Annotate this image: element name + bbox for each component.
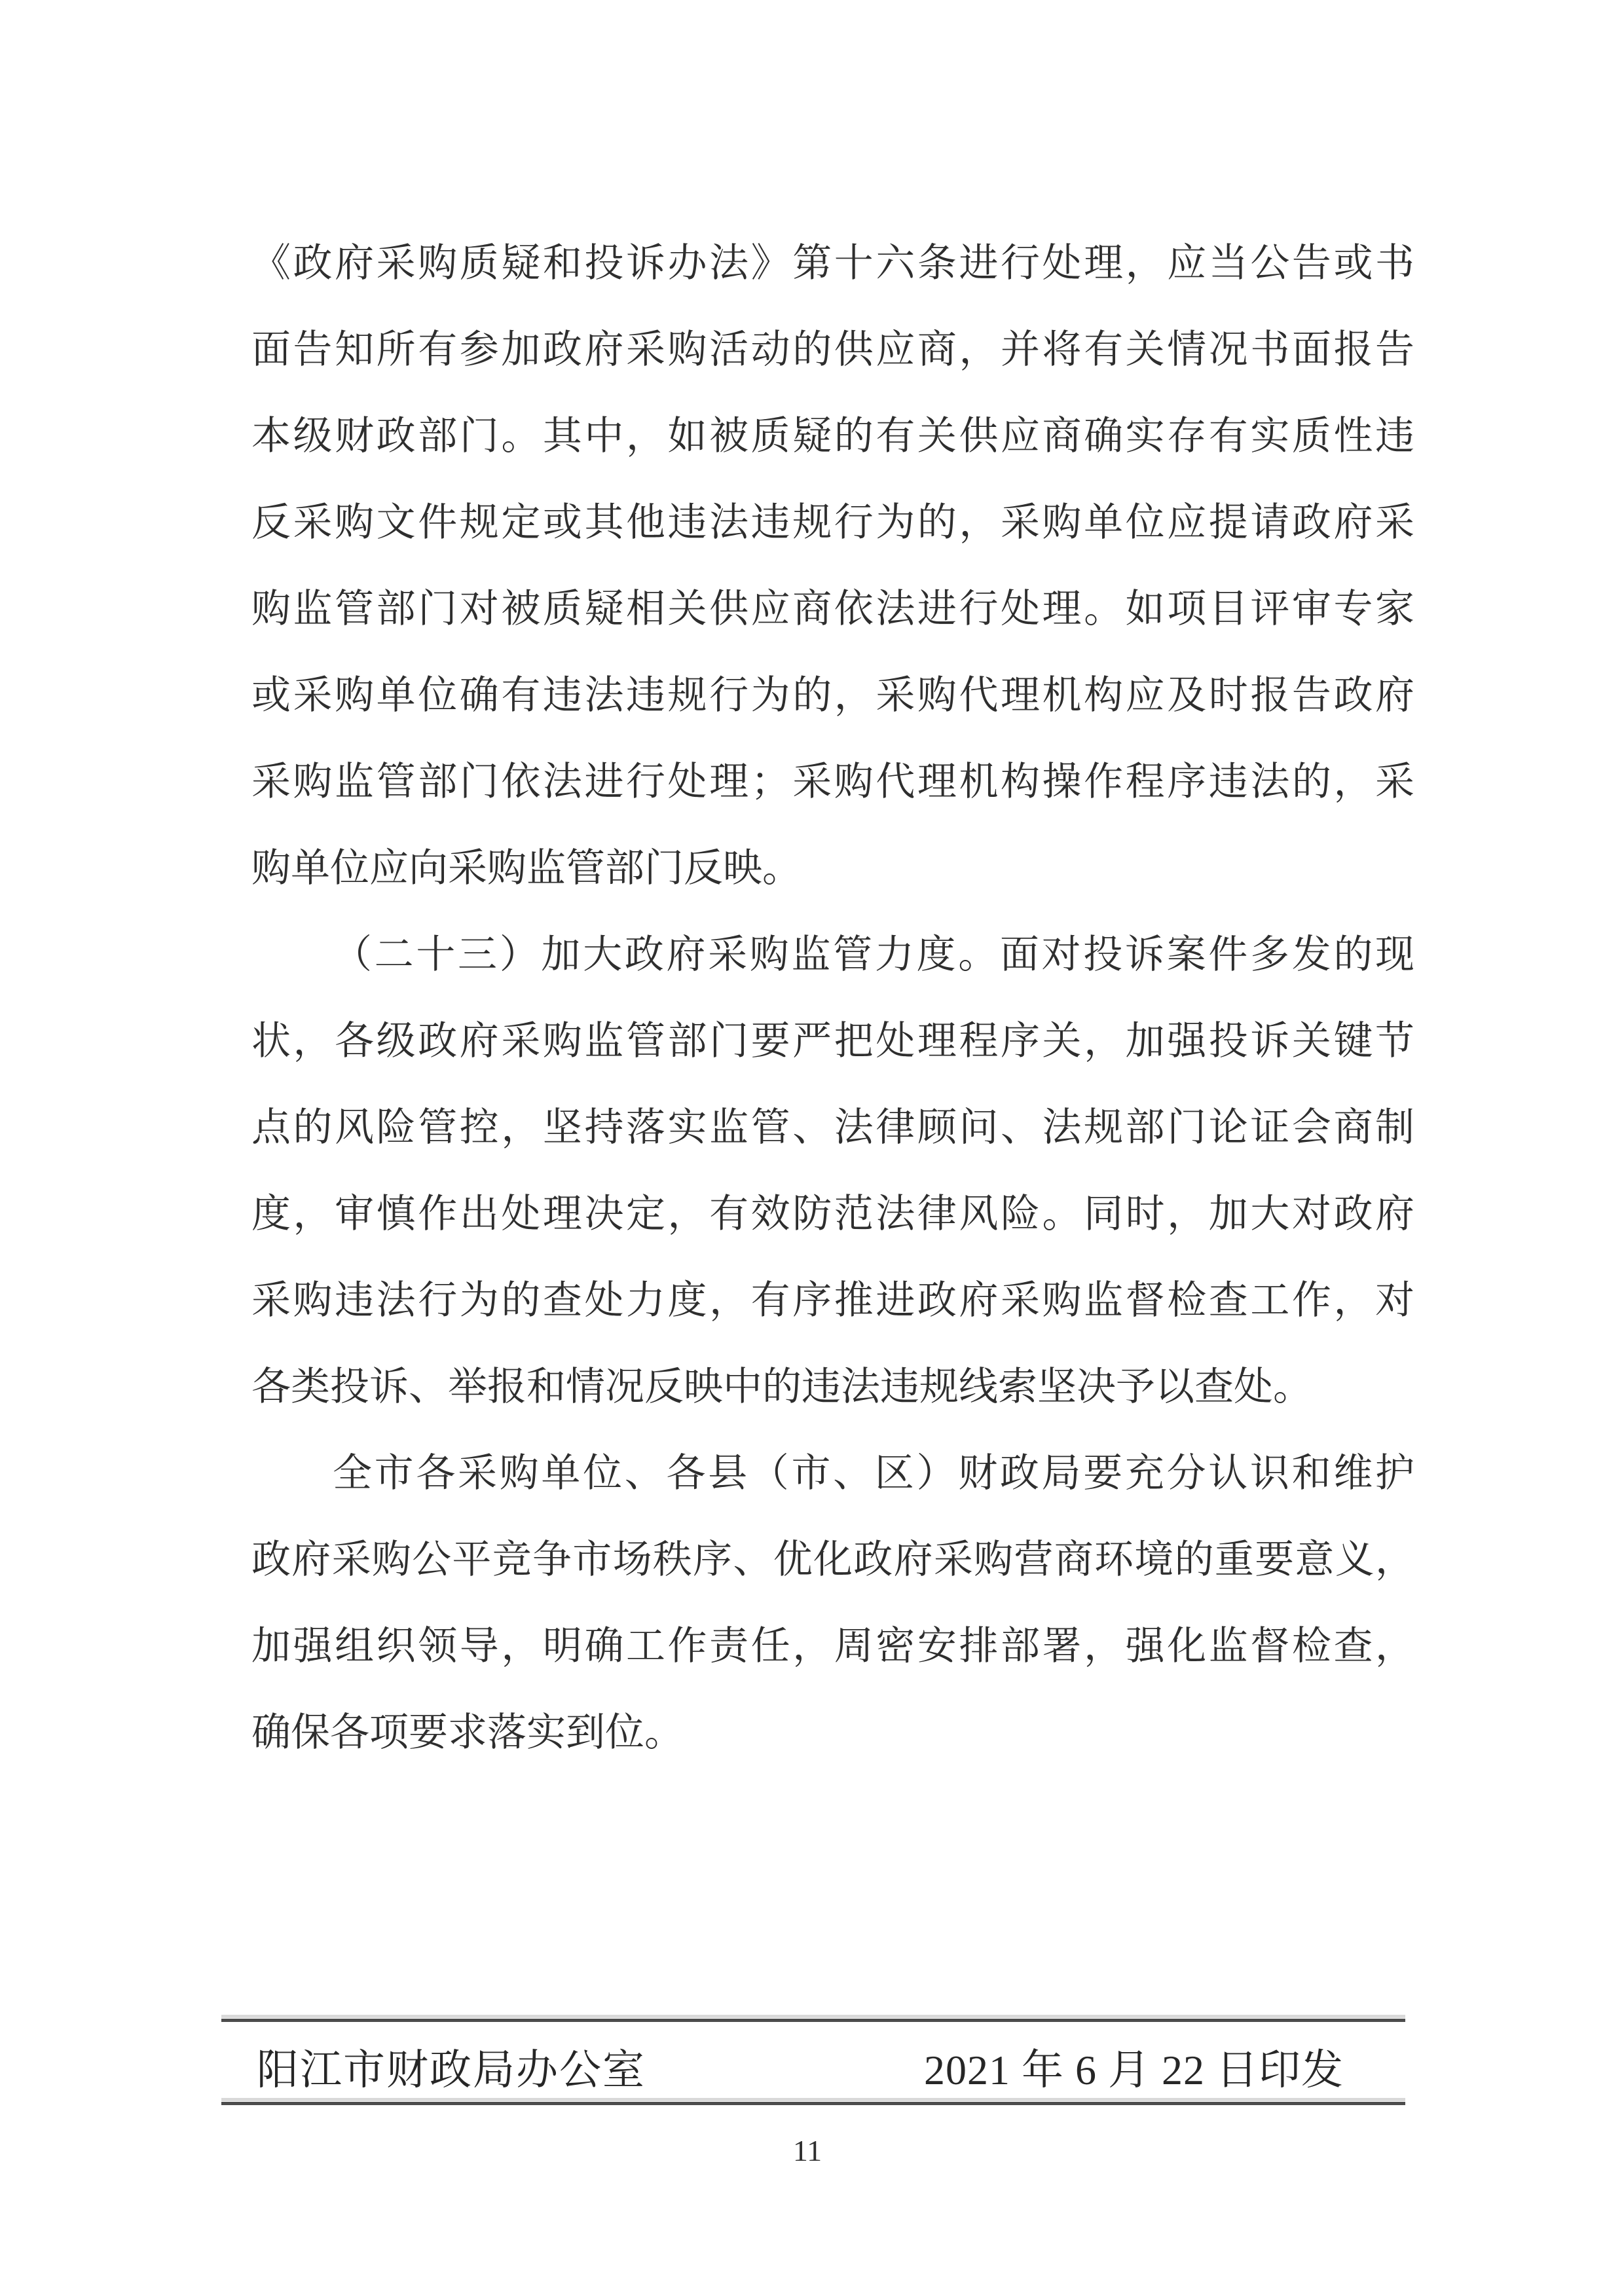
- page-number: 11: [0, 2133, 1615, 2168]
- body-line: 状，各级政府采购监管部门要严把处理程序关，加强投诉关键节: [251, 998, 1414, 1084]
- body-line: 本级财政部门。其中，如被质疑的有关供应商确实存有实质性违: [251, 393, 1414, 479]
- body-line: 点的风险管控，坚持落实监管、法律顾问、法规部门论证会商制: [251, 1084, 1414, 1171]
- body-line: （二十三）加大政府采购监管力度。面对投诉案件多发的现: [251, 911, 1414, 998]
- footer-rule-top: [221, 2019, 1405, 2022]
- body-line: 《政府采购质疑和投诉办法》第十六条进行处理，应当公告或书: [251, 220, 1414, 306]
- print-date: 2021 年 6 月 22 日印发: [924, 2036, 1344, 2097]
- document-body: 《政府采购质疑和投诉办法》第十六条进行处理，应当公告或书 面告知所有参加政府采购…: [251, 220, 1414, 1776]
- body-line: 各类投诉、举报和情况反映中的违法违规线索坚决予以查处。: [251, 1344, 1414, 1430]
- document-page: 《政府采购质疑和投诉办法》第十六条进行处理，应当公告或书 面告知所有参加政府采购…: [0, 0, 1624, 2295]
- body-line: 加强组织领导，明确工作责任，周密安排部署，强化监督检查，: [251, 1603, 1414, 1689]
- body-line: 或采购单位确有违法违规行为的，采购代理机构应及时报告政府: [251, 652, 1414, 739]
- body-line: 购单位应向采购监管部门反映。: [251, 825, 1414, 911]
- body-line: 购监管部门对被质疑相关供应商依法进行处理。如项目评审专家: [251, 566, 1414, 652]
- document-footer: 阳江市财政局办公室 2021 年 6 月 22 日印发: [257, 2035, 1344, 2098]
- body-line: 度，审慎作出处理决定，有效防范法律风险。同时，加大对政府: [251, 1171, 1414, 1257]
- body-line: 面告知所有参加政府采购活动的供应商，并将有关情况书面报告: [251, 306, 1414, 393]
- body-line: 采购违法行为的查处力度，有序推进政府采购监督检查工作，对: [251, 1257, 1414, 1344]
- body-line: 反采购文件规定或其他违法违规行为的，采购单位应提请政府采: [251, 479, 1414, 566]
- body-line: 政府采购公平竞争市场秩序、优化政府采购营商环境的重要意义，: [251, 1516, 1414, 1603]
- footer-rule-bottom: [221, 2102, 1405, 2105]
- body-line: 采购监管部门依法进行处理；采购代理机构操作程序违法的，采: [251, 739, 1414, 825]
- body-line: 确保各项要求落实到位。: [251, 1689, 1414, 1776]
- body-line: 全市各采购单位、各县（市、区）财政局要充分认识和维护: [251, 1430, 1414, 1516]
- issuing-office: 阳江市财政局办公室: [257, 2036, 646, 2097]
